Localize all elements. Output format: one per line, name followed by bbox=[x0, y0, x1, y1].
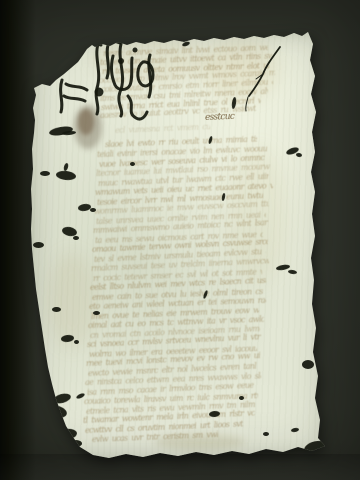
ink-blot bbox=[76, 392, 86, 399]
ink-blot bbox=[209, 411, 220, 418]
ink-blot bbox=[263, 432, 269, 436]
ink-blot bbox=[93, 311, 100, 315]
ink-blot bbox=[231, 97, 237, 109]
ink-blot bbox=[52, 392, 72, 405]
ink-blot bbox=[56, 170, 77, 181]
ink-blot bbox=[74, 340, 79, 344]
ink-blots-layer bbox=[0, 0, 360, 480]
ink-blot bbox=[130, 162, 135, 166]
ink-blot bbox=[54, 428, 77, 442]
manuscript-page: nesre aomrve simaiv lint lvwi ectouo aom… bbox=[28, 30, 328, 462]
ink-blot bbox=[208, 136, 213, 145]
ink-bleed-stroke bbox=[90, 42, 101, 45]
ink-blot bbox=[302, 360, 314, 369]
ink-blot bbox=[35, 420, 57, 435]
ink-blot bbox=[296, 153, 303, 158]
ink-blot bbox=[303, 440, 332, 459]
ink-blot bbox=[40, 171, 50, 176]
paper-shadow-wrap: nesre aomrve simaiv lint lvwi ectouo aom… bbox=[0, 0, 360, 480]
ink-blot bbox=[90, 208, 96, 212]
ink-blot bbox=[69, 440, 82, 447]
ink-blot bbox=[48, 446, 59, 452]
ink-blot bbox=[33, 242, 44, 248]
photo-background: nesre aomrve simaiv lint lvwi ectouo aom… bbox=[0, 0, 360, 480]
ink-blot bbox=[239, 396, 244, 400]
ink-blot bbox=[203, 290, 209, 299]
ink-blot bbox=[40, 403, 68, 420]
ink-blot bbox=[73, 236, 79, 240]
ink-blot bbox=[221, 193, 225, 201]
ink-blot bbox=[62, 130, 76, 135]
ink-blot bbox=[63, 163, 69, 172]
ink-blot bbox=[52, 307, 61, 312]
ink-blot bbox=[61, 334, 75, 342]
ink-blot bbox=[291, 427, 300, 432]
ink-blot bbox=[182, 41, 191, 47]
ink-blot bbox=[288, 269, 297, 274]
